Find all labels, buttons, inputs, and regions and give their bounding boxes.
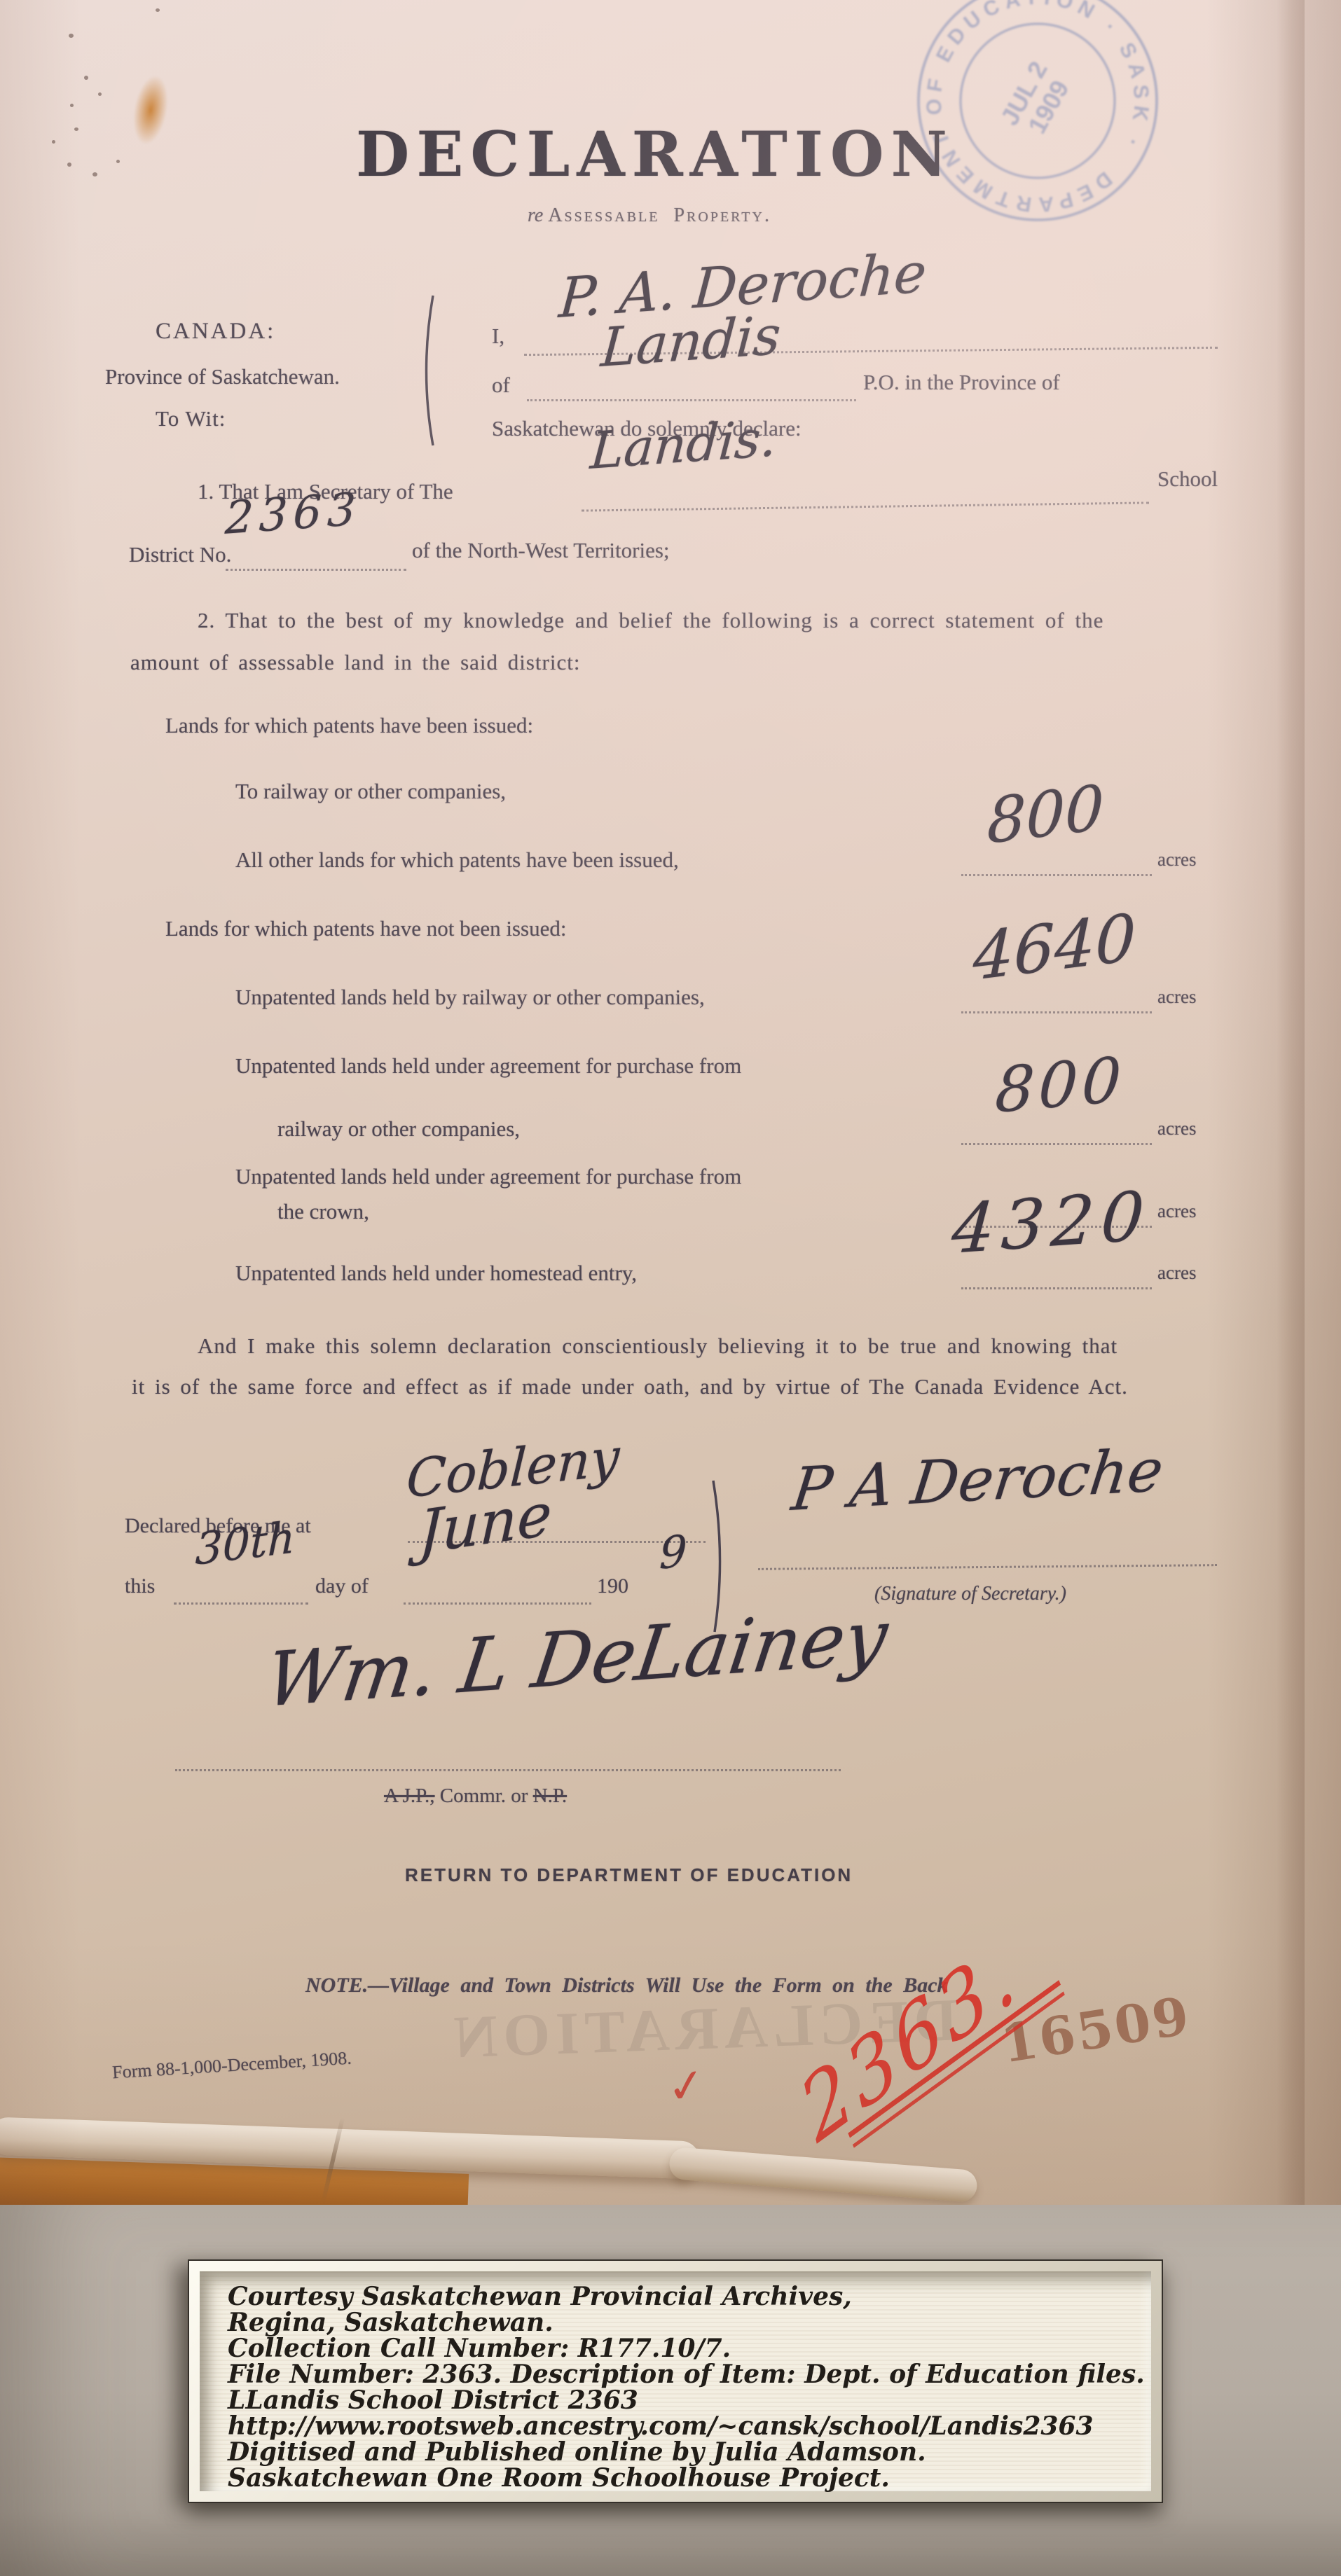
secretary-signature-handwriting: P A Deroche [788, 1436, 1167, 1524]
acres-value-handwriting: 4320 [949, 1176, 1154, 1269]
commissioner-struck-jp: A J.P., [384, 1785, 435, 1807]
year-printed: 190 [597, 1574, 628, 1598]
unpatented-row-label: Unpatented lands held under agreement fo… [235, 1164, 741, 1189]
paper-speckle [98, 92, 102, 96]
commissioner-line [175, 1769, 841, 1771]
district-label: District No. [129, 542, 231, 567]
unpatented-header: Lands for which patents have not been is… [165, 916, 567, 941]
caption-line: Saskatchewan One Room Schoolhouse Projec… [228, 2465, 1137, 2491]
acres-unit: acres [1157, 849, 1196, 871]
red-check-mark: ✓ [663, 2057, 709, 2116]
acres-unit: acres [1157, 986, 1196, 1008]
caption-line: File Number: 2363. Description of Item: … [228, 2362, 1137, 2388]
i-label: I, [492, 324, 504, 349]
acres-line [961, 1143, 1152, 1145]
jurisdiction-province: Province of Saskatchewan. [105, 364, 340, 389]
commissioner-middle: Commr. or [435, 1785, 533, 1807]
declaration-line2: it is of the same force and effect as if… [132, 1374, 1128, 1399]
clause2-line1: 2. That to the best of my knowledge and … [198, 608, 1103, 633]
caption-line: Courtesy Saskatchewan Provincial Archive… [228, 2284, 1137, 2310]
district-number-line [226, 569, 406, 571]
document-subtitle: Assessable Property. [548, 205, 771, 226]
caption-line: Regina, Saskatchewan. [228, 2310, 1137, 2336]
school-name-line [582, 501, 1149, 511]
subtitle-re: re [528, 205, 543, 226]
caption-line: Digitised and Published online by Julia … [228, 2439, 1137, 2465]
paper-edge-shadow [1277, 0, 1305, 2206]
month-line [404, 1602, 591, 1605]
territories-text: of the North-West Territories; [412, 538, 670, 563]
acres-unit: acres [1157, 1262, 1196, 1284]
signature-caption: (Signature of Secretary.) [874, 1583, 1066, 1605]
unpatented-row-label: Unpatented lands held by railway or othe… [235, 985, 705, 1010]
commissioner-signature-handwriting: Wm. L DeLainey [261, 1593, 893, 1724]
declaration-line1: And I make this solemn declaration consc… [198, 1334, 1117, 1359]
unpatented-row-label2: the crown, [277, 1199, 369, 1224]
archival-photo: DEPARTMENT OF EDUCATION · SASK · JUL 2 1… [0, 0, 1341, 2576]
acres-value-handwriting: 800 [993, 1043, 1127, 1127]
patented-header: Lands for which patents have been issued… [165, 713, 533, 738]
of-label: of [492, 373, 510, 398]
return-instruction: RETURN TO DEPARTMENT OF EDUCATION [405, 1864, 853, 1886]
po-province-text: P.O. in the Province of [863, 370, 1060, 395]
acres-unit: acres [1157, 1200, 1196, 1222]
acres-line [961, 1287, 1152, 1289]
jurisdiction-brace [418, 294, 439, 447]
clause2-line2: amount of assessable land in the said di… [130, 650, 580, 675]
commissioner-designation: A J.P., Commr. or N.P. [384, 1785, 567, 1808]
form-number: Form 88-1,000-December, 1908. [111, 2048, 352, 2084]
paper-speckle [69, 34, 74, 38]
year-digit-handwriting: 9 [659, 1525, 688, 1579]
this-label: this [125, 1574, 155, 1598]
paper-speckle [70, 104, 74, 107]
day-line [174, 1602, 308, 1605]
caption-panel: Courtesy Saskatchewan Provincial Archive… [200, 2271, 1151, 2491]
paper-speckle [156, 8, 160, 12]
paper-speckle [84, 76, 88, 80]
acres-value-handwriting: 800 [986, 771, 1105, 858]
document-paper: DEPARTMENT OF EDUCATION · SASK · JUL 2 1… [0, 0, 1341, 2206]
caption-line: Collection Call Number: R177.10/7. [228, 2336, 1137, 2362]
caption-line: http://www.rootsweb.ancestry.com/~cansk/… [228, 2414, 1137, 2439]
caption-line: LLandis School District 2363 [228, 2388, 1137, 2414]
secretary-signature-line [758, 1564, 1217, 1570]
unpatented-row-label2: railway or other companies, [277, 1116, 520, 1142]
caption-plaque: Courtesy Saskatchewan Provincial Archive… [188, 2259, 1163, 2503]
unpatented-row-label: Unpatented lands held under agreement fo… [235, 1053, 741, 1079]
post-office-line [527, 399, 856, 401]
caption-text-block: Courtesy Saskatchewan Provincial Archive… [228, 2284, 1137, 2481]
acres-unit: acres [1157, 1118, 1196, 1140]
school-label: School [1157, 466, 1218, 492]
caption-band: Courtesy Saskatchewan Provincial Archive… [0, 2205, 1341, 2576]
jurisdiction-to-wit: To Wit: [156, 406, 226, 431]
patented-row-label: All other lands for which patents have b… [235, 847, 679, 873]
document-title: DECLARATION [0, 118, 1326, 191]
day-of-label: day of [315, 1574, 369, 1598]
patented-row-label: To railway or other companies, [235, 779, 506, 804]
acres-value-handwriting: 4640 [972, 899, 1136, 995]
acres-line [961, 1011, 1152, 1013]
post-office-handwriting: Landis [599, 303, 783, 379]
commissioner-struck-np: N.P. [533, 1785, 567, 1807]
acres-line [961, 874, 1152, 876]
jurisdiction-country: CANADA: [156, 319, 275, 345]
district-number-handwriting: 2363 [224, 483, 362, 545]
unpatented-row-label: Unpatented lands held under homestead en… [235, 1261, 637, 1286]
school-name-handwriting: Landis. [589, 408, 778, 480]
